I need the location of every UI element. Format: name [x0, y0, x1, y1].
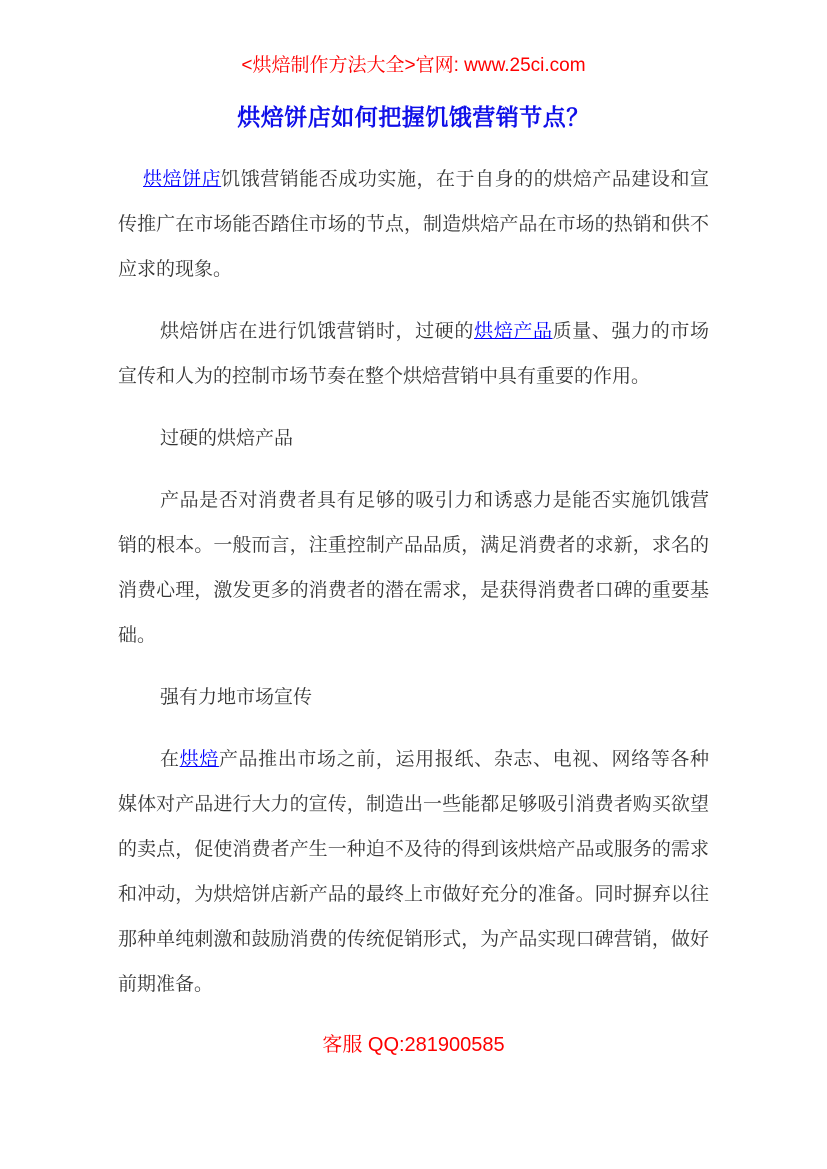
- support-qq-text: 客服 QQ:281900585: [322, 1034, 504, 1056]
- page-title: 烘焙饼店如何把握饥饿营销节点？: [118, 101, 709, 133]
- document-page: <烘焙制作方法大全>官网: www.25ci.com 烘焙饼店如何把握饥饿营销节…: [0, 0, 827, 1169]
- bakery-product-link[interactable]: 烘焙产品: [474, 321, 553, 342]
- section-heading-product: 过硬的烘焙产品: [118, 416, 709, 461]
- paragraph-promotion: 在烘焙产品推出市场之前，运用报纸、杂志、电视、网络等各种媒体对产品进行大力的宣传…: [118, 737, 709, 1007]
- paragraph-promotion-lead: 在: [160, 749, 180, 770]
- paragraph-product: 产品是否对消费者具有足够的吸引力和诱惑力是能否实施饥饿营销的根本。一般而言，注重…: [118, 478, 709, 658]
- paragraph-intro: 烘焙饼店饥饿营销能否成功实施，在于自身的的烘焙产品建设和宣传推广在市场能否踏住市…: [118, 157, 709, 292]
- bakery-shop-link[interactable]: 烘焙饼店: [143, 169, 221, 190]
- baking-link[interactable]: 烘焙: [180, 749, 219, 770]
- doc-header: <烘焙制作方法大全>官网: www.25ci.com: [118, 52, 709, 79]
- paragraph-overview: 烘焙饼店在进行饥饿营销时，过硬的烘焙产品质量、强力的市场宣传和人为的控制市场节奏…: [118, 309, 709, 399]
- paragraph-promotion-rest: 产品推出市场之前，运用报纸、杂志、电视、网络等各种媒体对产品进行大力的宣传，制造…: [118, 749, 709, 995]
- site-banner-text: <烘焙制作方法大全>官网: www.25ci.com: [241, 55, 585, 76]
- doc-footer: 客服 QQ:281900585: [118, 1031, 709, 1059]
- paragraph-overview-lead: 烘焙饼店在进行饥饿营销时，过硬的: [160, 321, 474, 342]
- section-heading-promotion: 强有力地市场宣传: [118, 675, 709, 720]
